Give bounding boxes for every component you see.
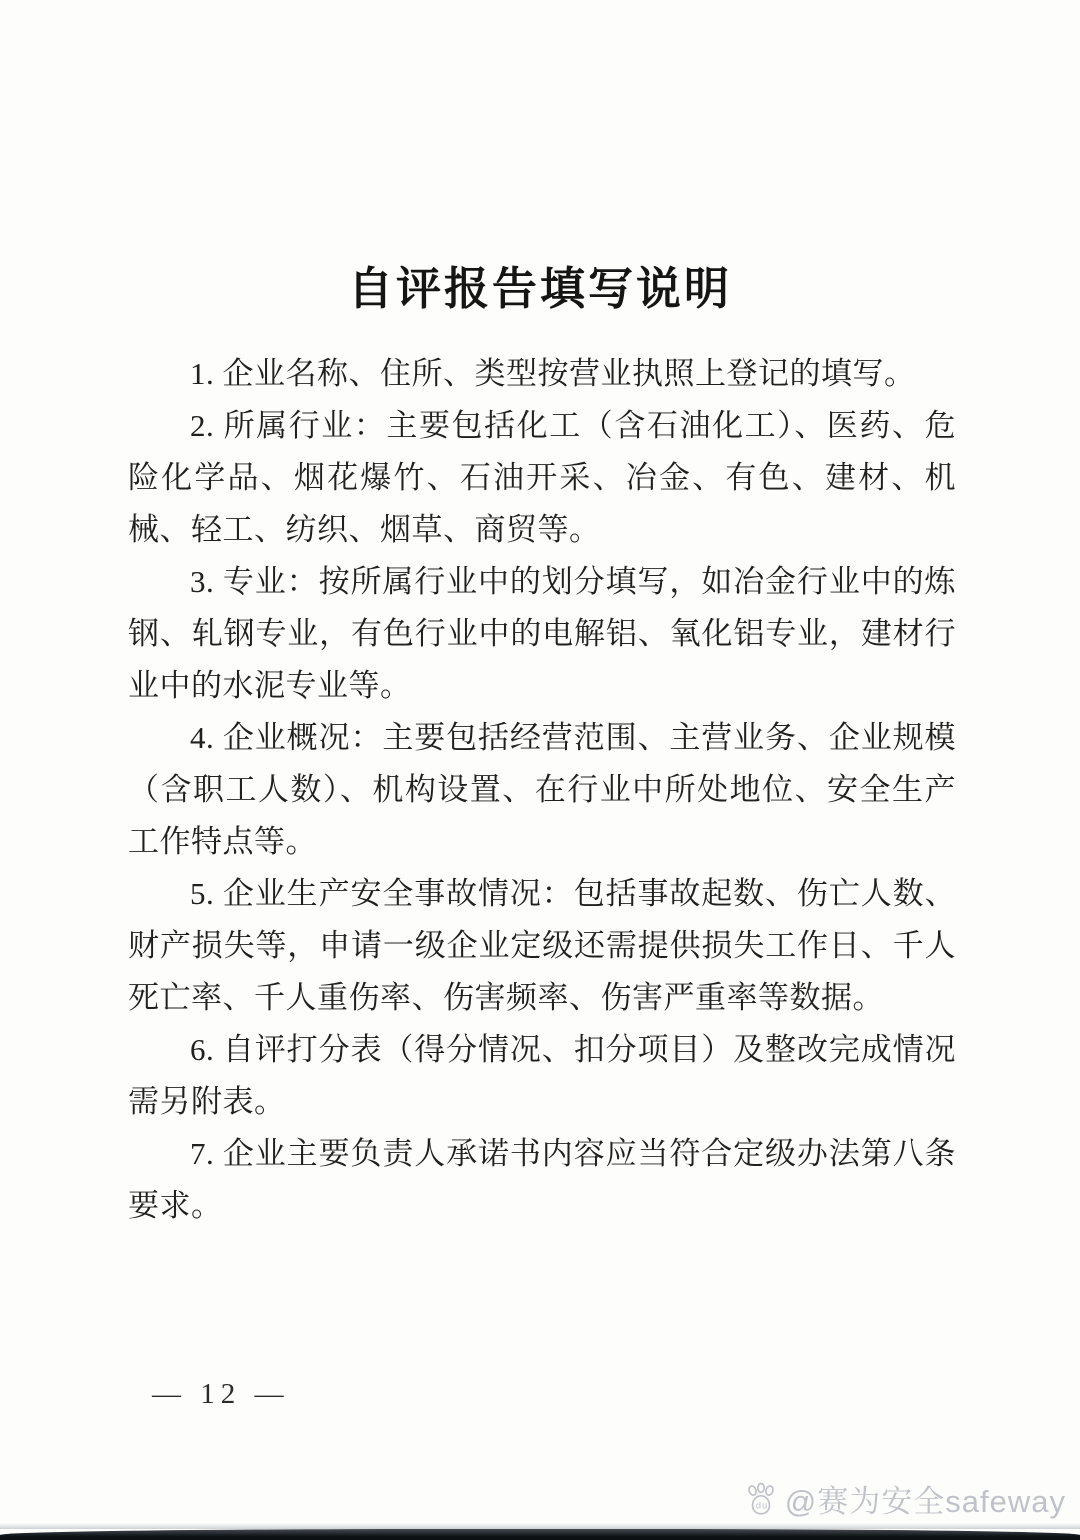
paragraph-5: 5. 企业生产安全事故情况：包括事故起数、伤亡人数、财产损失等，申请一级企业定级… xyxy=(128,868,956,1024)
paragraph-7: 7. 企业主要负责人承诺书内容应当符合定级办法第八条要求。 xyxy=(128,1128,956,1232)
document-body: 1. 企业名称、住所、类型按营业执照上登记的填写。 2. 所属行业：主要包括化工… xyxy=(128,348,956,1232)
document-page: 自评报告填写说明 1. 企业名称、住所、类型按营业执照上登记的填写。 2. 所属… xyxy=(0,0,1080,1540)
paragraph-1: 1. 企业名称、住所、类型按营业执照上登记的填写。 xyxy=(128,348,956,400)
svg-text:du: du xyxy=(756,1500,769,1511)
watermark: du @赛为安全safeway xyxy=(742,1476,1066,1521)
paragraph-3: 3. 专业：按所属行业中的划分填写，如冶金行业中的炼钢、轧钢专业，有色行业中的电… xyxy=(128,556,956,712)
paragraph-6: 6. 自评打分表（得分情况、扣分项目）及整改完成情况需另附表。 xyxy=(128,1024,956,1128)
watermark-text: @赛为安全safeway xyxy=(785,1476,1066,1521)
page-number: — 12 — xyxy=(152,1378,290,1411)
document-title: 自评报告填写说明 xyxy=(0,252,1080,317)
scan-bottom-edge xyxy=(0,1529,1080,1540)
baidu-paw-icon: du xyxy=(742,1480,780,1518)
paragraph-4: 4. 企业概况：主要包括经营范围、主营业务、企业规模（含职工人数）、机构设置、在… xyxy=(128,712,956,868)
paragraph-2: 2. 所属行业：主要包括化工（含石油化工）、医药、危险化学品、烟花爆竹、石油开采… xyxy=(128,400,956,556)
